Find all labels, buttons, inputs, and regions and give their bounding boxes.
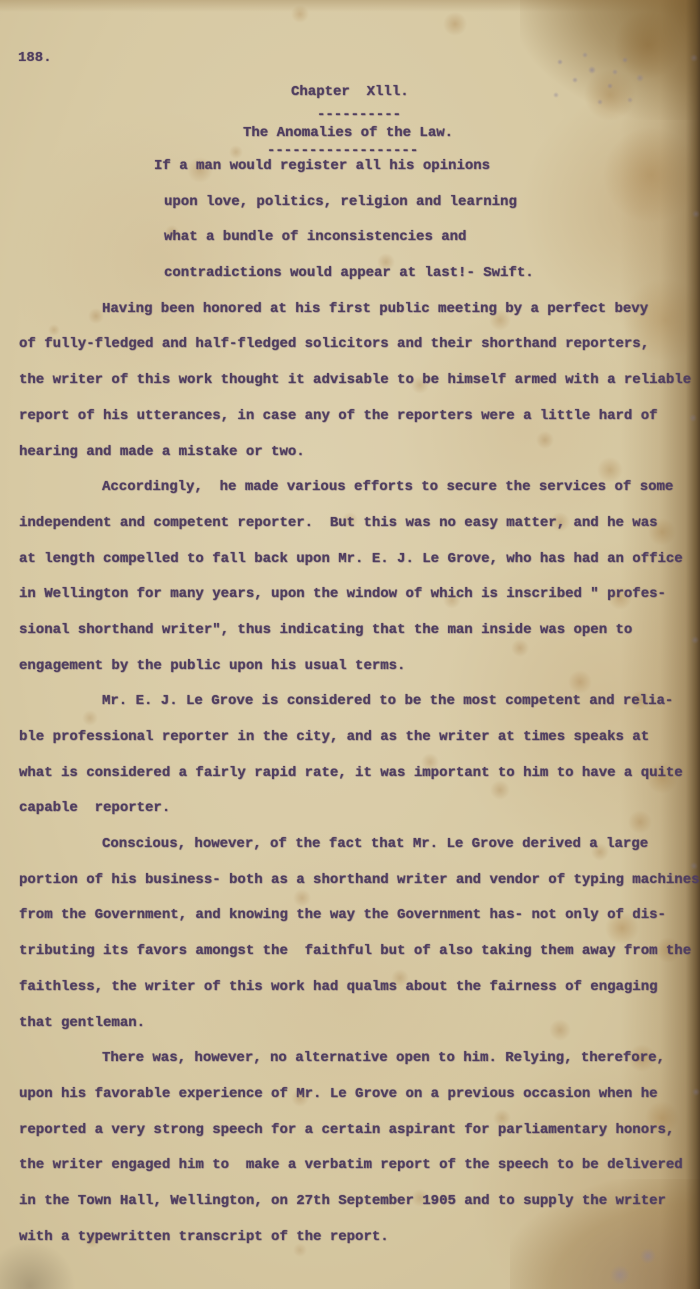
paragraph-first-line: Conscious, however, of the fact that Mr.… xyxy=(0,836,700,872)
paragraph-first-line: Having been honored at his first public … xyxy=(0,301,700,337)
body-line: with a typewritten transcript of the rep… xyxy=(0,1229,700,1265)
top-edge-shading xyxy=(0,0,700,12)
chapter-heading: Chapter Xlll. xyxy=(0,84,700,107)
paragraph-first-line: Accordingly, he made various efforts to … xyxy=(0,479,700,515)
body-line: engagement by the public upon his usual … xyxy=(0,658,700,694)
body-line: independent and competent reporter. But … xyxy=(0,515,700,551)
document-page: 188. Chapter Xlll.----------The Anomalie… xyxy=(0,0,700,1289)
heading-underline: ---------- xyxy=(0,107,700,125)
body-line: from the Government, and knowing the way… xyxy=(0,907,700,943)
paragraph-first-line: There was, however, no alternative open … xyxy=(0,1050,700,1086)
epigraph-line: If a man would register all his opinions xyxy=(0,158,700,194)
page-lines: Chapter Xlll.----------The Anomalies of … xyxy=(0,84,700,1264)
body-line: in Wellington for many years, upon the w… xyxy=(0,586,700,622)
body-line: upon his favorable experience of Mr. Le … xyxy=(0,1086,700,1122)
document-title: The Anomalies of the Law. xyxy=(0,125,700,143)
body-line: in the Town Hall, Wellington, on 27th Se… xyxy=(0,1193,700,1229)
body-line: the writer of this work thought it advis… xyxy=(0,372,700,408)
paragraph-first-line: Mr. E. J. Le Grove is considered to be t… xyxy=(0,693,700,729)
body-line: report of his utterances, in case any of… xyxy=(0,408,700,444)
body-line: ble professional reporter in the city, a… xyxy=(0,729,700,765)
body-line: what is considered a fairly rapid rate, … xyxy=(0,765,700,801)
body-line: of fully-fledged and half-fledged solici… xyxy=(0,336,700,372)
body-line: sional shorthand writer", thus indicatin… xyxy=(0,622,700,658)
body-line: at length compelled to fall back upon Mr… xyxy=(0,551,700,587)
page-number: 188. xyxy=(18,50,52,66)
epigraph-line: what a bundle of inconsistencies and xyxy=(0,229,700,265)
body-line: portion of his business- both as a short… xyxy=(0,872,700,908)
title-underline: ------------------ xyxy=(0,143,700,158)
body-line: faithless, the writer of this work had q… xyxy=(0,979,700,1015)
body-line: hearing and made a mistake or two. xyxy=(0,444,700,480)
body-line: capable reporter. xyxy=(0,800,700,836)
epigraph-line: contradictions would appear at last!- Sw… xyxy=(0,265,700,301)
epigraph-line: upon love, politics, religion and learni… xyxy=(0,194,700,230)
body-line: the writer engaged him to make a verbati… xyxy=(0,1157,700,1193)
body-line: tributing its favors amongst the faithfu… xyxy=(0,943,700,979)
body-line: reported a very strong speech for a cert… xyxy=(0,1122,700,1158)
body-line: that gentleman. xyxy=(0,1015,700,1051)
